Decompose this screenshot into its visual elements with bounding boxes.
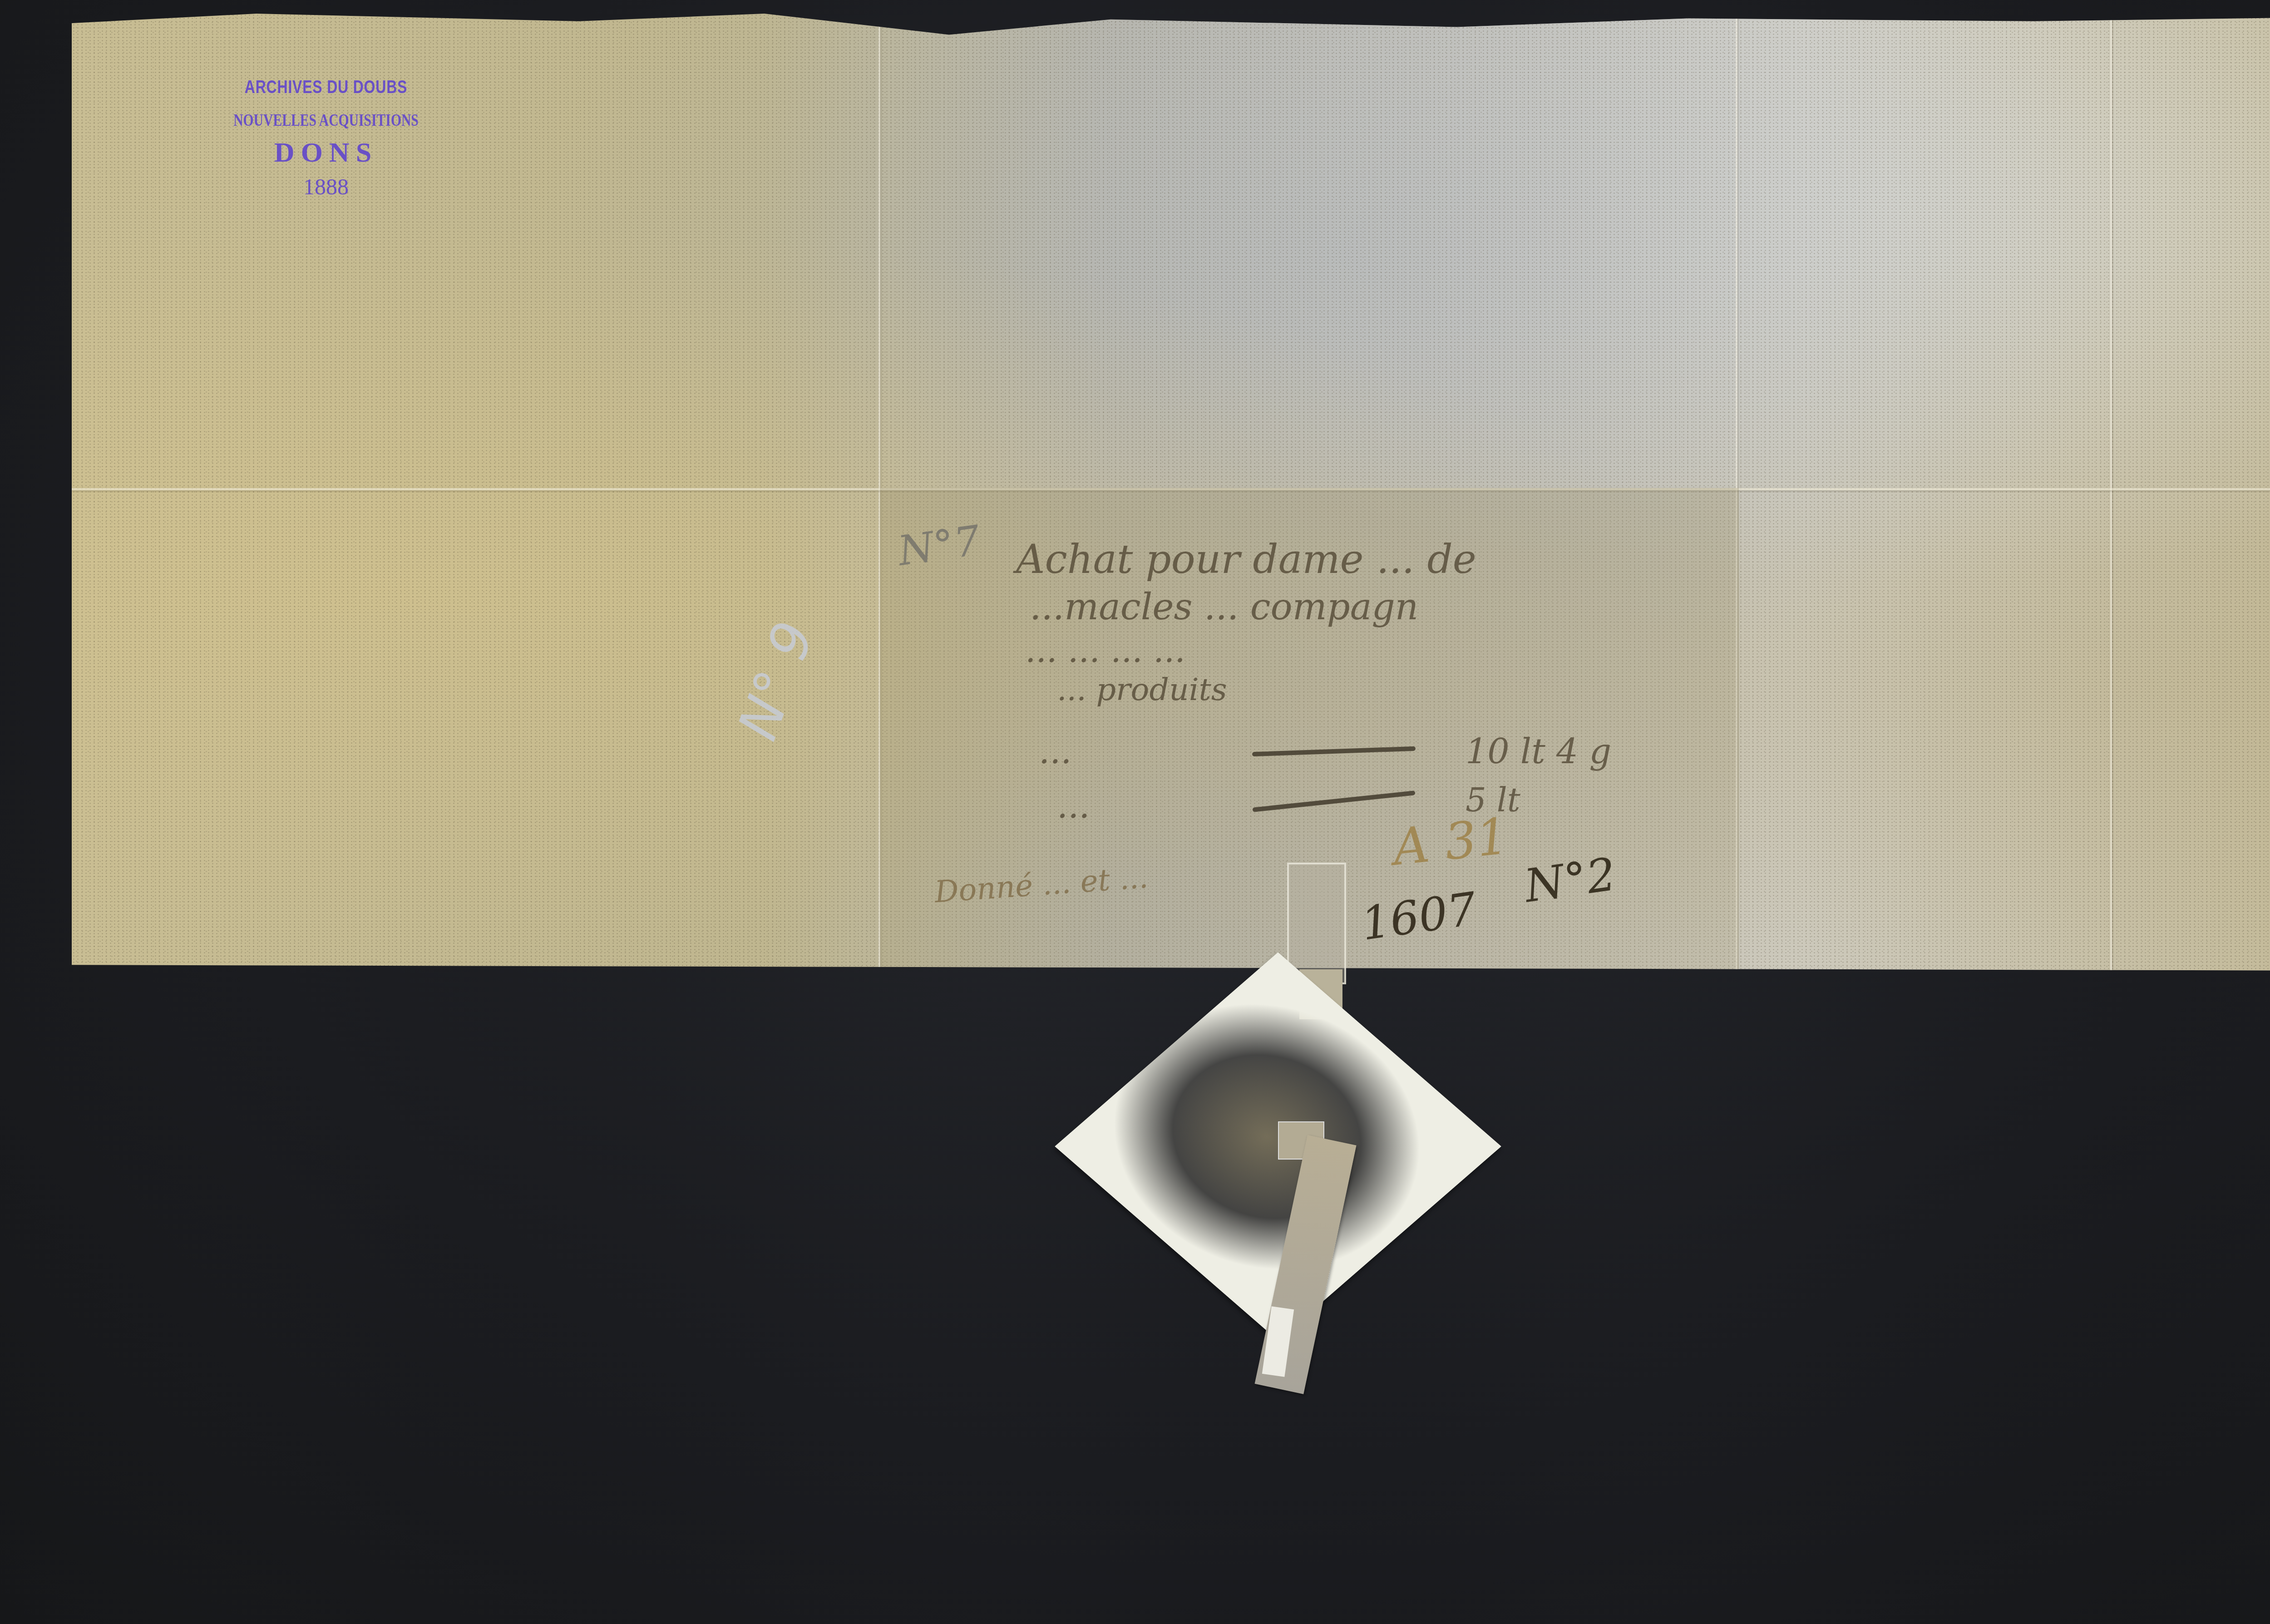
archive-stamp: ARCHIVES DU DOUBS NOUVELLES ACQUISITIONS… bbox=[163, 77, 489, 200]
archival-cote: A 31 bbox=[1390, 807, 1511, 877]
stamp-line-1: ARCHIVES DU DOUBS bbox=[195, 77, 457, 98]
parchment-sheet: ARCHIVES DU DOUBS NOUVELLES ACQUISITIONS… bbox=[72, 14, 2270, 971]
endorsement-line-4: ... produits bbox=[1057, 672, 1227, 708]
vertical-fold-3 bbox=[2110, 14, 2112, 971]
endorsement-line-2: ...macles ... compagn bbox=[1030, 586, 1418, 628]
stamp-line-4: 1888 bbox=[163, 173, 489, 200]
amount-label-2: ... bbox=[1057, 785, 1090, 826]
amount-label-1: ... bbox=[1039, 731, 1071, 771]
amount-value-1: 10 lt 4 g bbox=[1466, 731, 1611, 771]
seal-slot bbox=[1287, 863, 1346, 984]
endorsement-line-3: ... ... ... ... bbox=[1025, 631, 1185, 670]
stamp-line-3: DONS bbox=[163, 137, 489, 169]
stamp-line-2: NOUVELLES ACQUISITIONS bbox=[198, 110, 454, 130]
endorsement-line-1: Achat pour dame ... de bbox=[1016, 536, 1476, 582]
